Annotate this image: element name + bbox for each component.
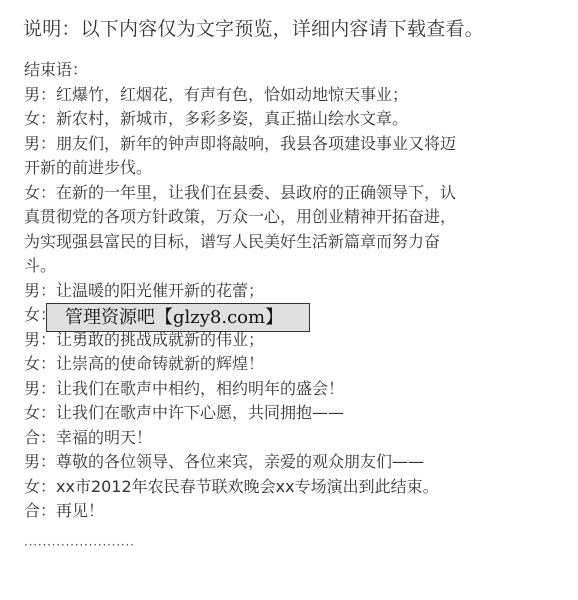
text-line: 合：再见！: [24, 499, 554, 524]
document-body: 结束语： 男：红爆竹，红烟花，有声有色，恰如动地惊天事业； 女：新农村，新城市，…: [24, 58, 554, 524]
text-line: 斗。: [24, 254, 554, 279]
text-line: 男：红爆竹，红烟花，有声有色，恰如动地惊天事业；: [24, 83, 554, 108]
text-line: 男：朋友们，新年的钟声即将敲响，我县各项建设事业又将迈: [24, 132, 554, 157]
text-line: 女：新农村，新城市，多彩多姿，真正描山绘水文章。: [24, 107, 554, 132]
text-line: 女：在新的一年里，让我们在县委、县政府的正确领导下，认: [24, 181, 554, 206]
text-line: 开新的前进步伐。: [24, 156, 554, 181]
ellipsis-divider: ························: [24, 538, 135, 552]
text-line: 合：幸福的明天！: [24, 426, 554, 451]
preview-notice: 说明：以下内容仅为文字预览，详细内容请下载查看。: [23, 14, 484, 41]
text-line: 女：xx市2012年农民春节联欢晚会xx专场演出到此结束。: [24, 475, 554, 500]
text-line: 女：让崇高的使命铸就新的辉煌！: [24, 352, 554, 377]
text-line: 女：让我们在歌声中许下心愿，共同拥抱——: [24, 401, 554, 426]
text-line: 结束语：: [24, 58, 554, 83]
text-line: 真贯彻党的各项方针政策，万众一心，用创业精神开拓奋进，: [24, 205, 554, 230]
text-line: 男：让我们在歌声中相约，相约明年的盛会！: [24, 377, 554, 402]
text-line: 男：让温暖的阳光催开新的花蕾；: [24, 279, 554, 304]
watermark-banner: 管理资源吧【glzy8.com】: [46, 303, 310, 332]
text-line: 男：尊敬的各位领导、各位来宾，亲爱的观众朋友们——: [24, 450, 554, 475]
text-line: 为实现强县富民的目标，谱写人民美好生活新篇章而努力奋: [24, 230, 554, 255]
